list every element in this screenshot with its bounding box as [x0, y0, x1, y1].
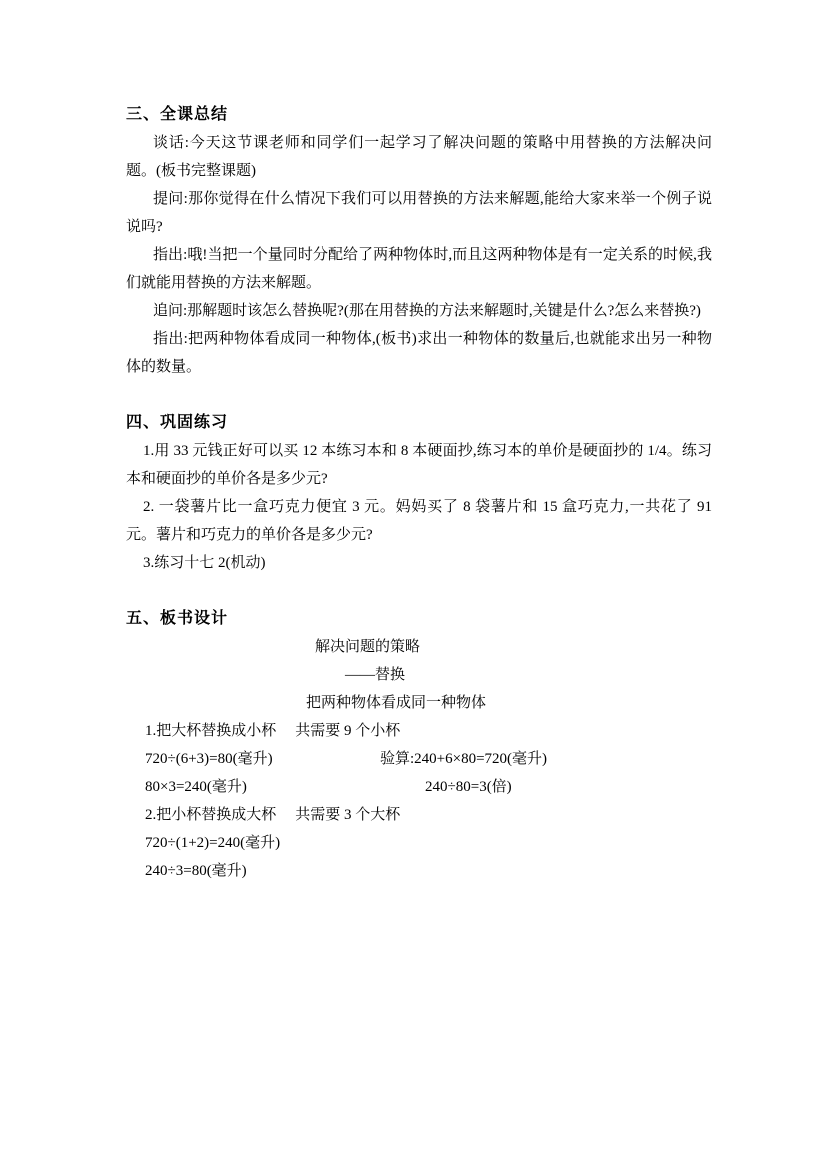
section-5-heading: 五、板书设计 — [126, 605, 712, 633]
board-item-2-label: 2.把小杯替换成大杯 — [145, 807, 276, 823]
section-3-paragraph-follow-up: 追问:那解题时该怎么替换呢?(那在用替换的方法来解题时,关键是什么?怎么来替换?… — [126, 297, 712, 325]
section-3-paragraph-talk: 谈话:今天这节课老师和同学们一起学习了解决问题的策略中用替换的方法解决问题。(板… — [126, 129, 712, 185]
section-4-exercise-3: 3.练习十七 2(机动) — [126, 549, 712, 577]
board-calc-3: 720÷(1+2)=240(毫升) — [126, 829, 712, 857]
board-subtitle: ——替换 — [126, 661, 712, 689]
board-check-1: 验算:240+6×80=720(毫升) — [380, 745, 547, 773]
section-4-exercise-2: 2. 一袋薯片比一盒巧克力便宜 3 元。妈妈买了 8 袋薯片和 15 盒巧克力,… — [126, 493, 712, 549]
blackboard-design: 解决问题的策略 ——替换 把两种物体看成同一种物体 1.把大杯替换成小杯共需要 … — [126, 633, 712, 885]
board-calc-4: 240÷3=80(毫升) — [126, 857, 712, 885]
board-item-2: 2.把小杯替换成大杯共需要 3 个大杯 — [126, 801, 712, 829]
section-3-paragraph-question: 提问:那你觉得在什么情况下我们可以用替换的方法来解题,能给大家来举一个例子说说吗… — [126, 185, 712, 241]
section-3-paragraph-point-out-1: 指出:哦!当把一个量同时分配给了两种物体时,而且这两种物体是有一定关系的时候,我… — [126, 241, 712, 297]
board-calc-1: 720÷(6+3)=80(毫升) — [145, 751, 273, 767]
board-key-idea: 把两种物体看成同一种物体 — [126, 689, 712, 717]
blank-line — [126, 577, 712, 605]
board-calc-row-2: 80×3=240(毫升)240÷80=3(倍) — [126, 773, 712, 801]
section-3-paragraph-point-out-2: 指出:把两种物体看成同一种物体,(板书)求出一种物体的数量后,也就能求出另一种物… — [126, 325, 712, 381]
board-check-2: 240÷80=3(倍) — [425, 773, 512, 801]
blank-line — [126, 381, 712, 409]
document-page: 三、全课总结 谈话:今天这节课老师和同学们一起学习了解决问题的策略中用替换的方法… — [0, 0, 827, 885]
section-4-heading: 四、巩固练习 — [126, 409, 712, 437]
board-item-1: 1.把大杯替换成小杯共需要 9 个小杯 — [126, 717, 712, 745]
board-item-1-result: 共需要 9 个小杯 — [295, 717, 400, 745]
board-calc-row-1: 720÷(6+3)=80(毫升)验算:240+6×80=720(毫升) — [126, 745, 712, 773]
board-item-2-result: 共需要 3 个大杯 — [295, 801, 400, 829]
board-title: 解决问题的策略 — [126, 633, 712, 661]
board-calc-2: 80×3=240(毫升) — [145, 779, 247, 795]
section-3-heading: 三、全课总结 — [126, 101, 712, 129]
section-4-exercise-1: 1.用 33 元钱正好可以买 12 本练习本和 8 本硬面抄,练习本的单价是硬面… — [126, 437, 712, 493]
board-item-1-label: 1.把大杯替换成小杯 — [145, 723, 276, 739]
